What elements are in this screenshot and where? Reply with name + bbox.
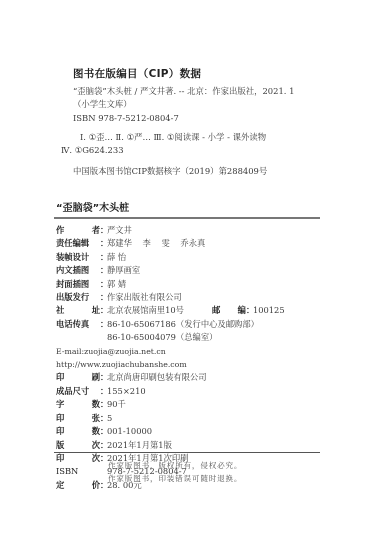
- credit-row-phone-fax: 电话传真 ： 86-10-65067186（发行中心及邮购部）: [56, 318, 346, 331]
- website-text: http://www.zuojiachubanshe.com: [56, 358, 187, 371]
- credit-label: 成品尺寸: [56, 385, 100, 398]
- copyright-page: 图书在版编目（CIP）数据 “歪脑袋”木头桩 / 严文井著. -- 北京：作家出…: [0, 0, 375, 536]
- credit-row-email: E-mail:zuojia@zuojia.net.cn: [56, 345, 346, 358]
- credit-label: 印次: [56, 452, 100, 465]
- postcode-value: 100125: [253, 304, 285, 317]
- credit-row-printer: 印刷 ： 北京尚唐印刷包装有限公司: [56, 371, 346, 384]
- email-text: E-mail:zuojia@zuojia.net.cn: [56, 345, 166, 358]
- credit-row-trim-size: 成品尺寸 ： 155×210: [56, 385, 346, 398]
- credit-row-publisher: 出版发行 ： 作家出版社有限公司: [56, 291, 346, 304]
- credit-label: 电话传真: [56, 318, 100, 331]
- credit-value: 90千: [107, 398, 126, 411]
- copyright-notice: 作家版图书，版权所有，侵权必究。 作家版图书，印装错误可随时退换。: [108, 460, 242, 485]
- cip-isbn-line: ISBN 978-7-5212-0804-7: [73, 112, 363, 125]
- cip-classification-line-2: Ⅳ. ①G624.233: [61, 144, 363, 157]
- credit-row-sheets: 印张 ： 5: [56, 412, 346, 425]
- credit-value: 北京尚唐印刷包装有限公司: [107, 371, 207, 384]
- cip-title: 图书在版编目（CIP）数据: [73, 67, 363, 81]
- credit-row-cover-illustration: 封面插图 ： 郭 婧: [56, 278, 346, 291]
- cip-approval-note: 中国版本图书馆CIP数据核字（2019）第288409号: [73, 165, 363, 178]
- credit-label: 作者: [56, 224, 100, 237]
- credit-value: 86-10-65067186（发行中心及邮购部）: [107, 318, 259, 331]
- credit-row-word-count: 字数 ： 90千: [56, 398, 346, 411]
- credit-value: 严文井: [107, 224, 132, 237]
- credit-label: 出版发行: [56, 291, 100, 304]
- credit-value: 北京农展馆南里10号: [107, 304, 184, 317]
- credit-label: 印刷: [56, 371, 100, 384]
- credit-row-address: 社址 ： 北京农展馆南里10号 邮编 ： 100125: [56, 304, 346, 317]
- credit-label: 装帧设计: [56, 251, 100, 264]
- credit-value: 001-10000: [107, 425, 152, 438]
- credit-label: 封面插图: [56, 278, 100, 291]
- credit-value: 86-10-65004079（总编室）: [56, 331, 217, 344]
- cip-bibliographic-line: “歪脑袋”木头桩 / 严文井著. -- 北京：作家出版社，2021. 1: [73, 85, 363, 98]
- cip-classification: Ⅰ. ①歪… Ⅱ. ①严… Ⅲ. ①阅读课 - 小学 - 课外读物 Ⅳ. ①G6…: [73, 131, 363, 158]
- credit-label: 印数: [56, 425, 100, 438]
- credit-label: ISBN: [56, 465, 100, 478]
- title-divider: [54, 217, 320, 219]
- credit-row-editors: 责任编辑 ： 郑建华 李 雯 乔永真: [56, 237, 346, 250]
- credit-value: 郑建华 李 雯 乔永真: [107, 237, 205, 250]
- credit-label: 责任编辑: [56, 237, 100, 250]
- credit-value: 郭 婧: [107, 278, 126, 291]
- copyright-notice-line: 作家版图书，版权所有，侵权必究。: [108, 460, 242, 473]
- exchange-notice-line: 作家版图书，印装错误可随时退换。: [108, 473, 242, 486]
- credit-value: 静厚画室: [107, 264, 140, 277]
- footer-divider: [54, 452, 320, 453]
- credit-label: 内文插图: [56, 264, 100, 277]
- cip-series-line: （小学生文库）: [73, 98, 363, 111]
- credit-value: 作家出版社有限公司: [107, 291, 182, 304]
- cip-data-block: 图书在版编目（CIP）数据 “歪脑袋”木头桩 / 严文井著. -- 北京：作家出…: [73, 67, 363, 179]
- credit-row-website: http://www.zuojiachubanshe.com: [56, 358, 346, 371]
- book-title: “歪脑袋”木头桩: [56, 202, 129, 215]
- credit-row-phone-continuation: 86-10-65004079（总编室）: [56, 331, 346, 344]
- credit-value: 155×210: [107, 385, 146, 398]
- credit-value: 2021年1月第1版: [107, 439, 172, 452]
- credit-value: 薛 怡: [107, 251, 126, 264]
- cip-classification-line-1: Ⅰ. ①歪… Ⅱ. ①严… Ⅲ. ①阅读课 - 小学 - 课外读物: [73, 131, 363, 144]
- credit-row-author: 作者 ： 严文井: [56, 224, 346, 237]
- credit-label: 定价: [56, 479, 100, 492]
- credit-value: 5: [107, 412, 112, 425]
- credit-label: 字数: [56, 398, 100, 411]
- credit-row-print-run: 印数 ： 001-10000: [56, 425, 346, 438]
- credit-label: 社址: [56, 304, 100, 317]
- credit-row-edition: 版次 ： 2021年1月第1版: [56, 439, 346, 452]
- credit-row-design: 装帧设计 ： 薛 怡: [56, 251, 346, 264]
- credit-label: 版次: [56, 439, 100, 452]
- credit-label: 印张: [56, 412, 100, 425]
- postcode-label: 邮编: [212, 304, 246, 317]
- credit-row-interior-illustration: 内文插图 ： 静厚画室: [56, 264, 346, 277]
